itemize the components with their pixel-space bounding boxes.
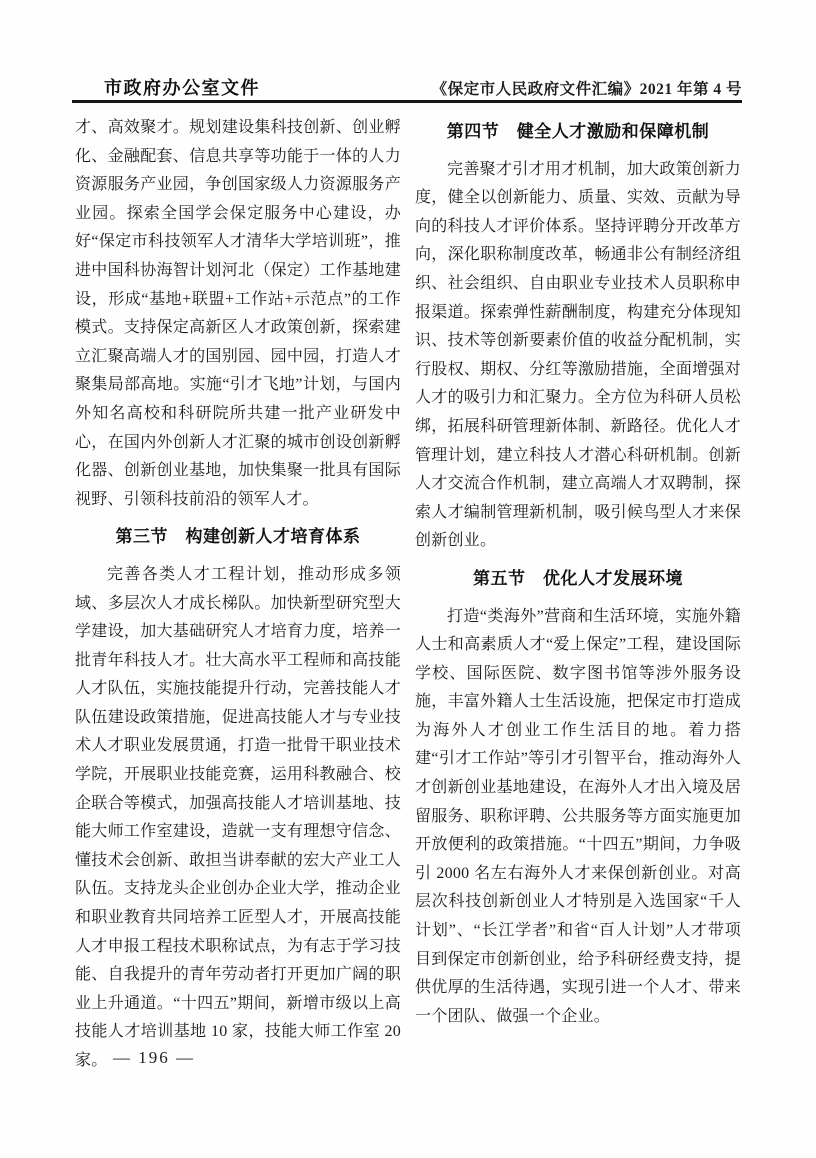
document-page: 市政府办公室文件 《保定市人民政府文件汇编》2021 年第 4 号 才、高效聚才… [0, 0, 816, 1158]
section-5-heading: 第五节 优化人才发展环境 [415, 565, 741, 594]
page-header: 市政府办公室文件 《保定市人民政府文件汇编》2021 年第 4 号 [72, 74, 742, 100]
continuation-paragraph: 才、高效聚才。规划建设集科技创新、创业孵化、金融配套、信息共享等功能于一体的人力… [75, 114, 401, 514]
section-3-paragraph: 完善各类人才工程计划，推动形成多领域、多层次人才成长梯队。加快新型研究型大学建设… [75, 561, 401, 1076]
section-5-paragraph: 打造“类海外”营商和生活环境，实施外籍人士和高素质人才“爱上保定”工程，建设国际… [415, 603, 741, 1032]
page-footer: — 196 — [113, 1048, 195, 1068]
right-column: 第四节 健全人才激励和保障机制 完善聚才引才用才机制，加大政策创新力度，健全以创… [415, 114, 741, 1076]
page-number: — 196 — [113, 1048, 195, 1067]
header-compilation-title: 《保定市人民政府文件汇编》2021 年第 4 号 [432, 77, 742, 99]
section-3-heading: 第三节 构建创新人才培育体系 [75, 523, 401, 552]
section-4-paragraph: 完善聚才引才用才机制，加大政策创新力度，健全以创新能力、质量、实效、贡献为导向的… [415, 156, 741, 556]
section-4-heading: 第四节 健全人才激励和保障机制 [415, 118, 741, 147]
left-column: 才、高效聚才。规划建设集科技创新、创业孵化、金融配套、信息共享等功能于一体的人力… [75, 114, 401, 1076]
document-body: 才、高效聚才。规划建设集科技创新、创业孵化、金融配套、信息共享等功能于一体的人力… [75, 114, 741, 1076]
header-document-category: 市政府办公室文件 [104, 74, 260, 100]
header-divider [72, 100, 742, 103]
